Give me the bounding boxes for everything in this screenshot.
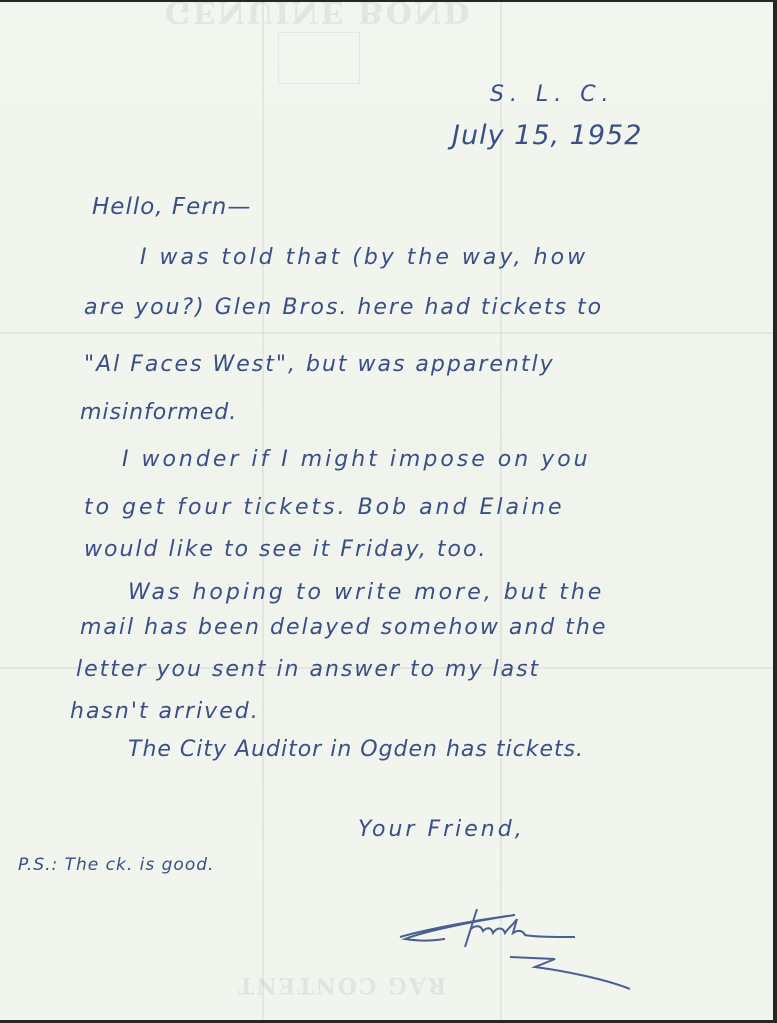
body-line: I wonder if I might impose on you [122,447,591,472]
body-line: to get four tickets. Bob and Elaine [84,495,565,520]
body-line: The City Auditor in Ogden has tickets. [128,737,584,762]
signature [395,907,675,1020]
body-line: I was told that (by the way, how [140,245,588,270]
signature-scribble-icon [395,907,675,1017]
body-line: "Al Faces West", but was apparently [84,352,555,377]
body-line: misinformed. [80,400,237,425]
letter-date: July 15, 1952 [452,120,642,151]
watermark-emblem [278,32,360,84]
letter-page: GENUINE BOND RAG CONTENT S. L. C. July 1… [0,2,773,1020]
body-line: hasn't arrived. [70,699,260,724]
body-line: would like to see it Friday, too. [84,537,487,562]
fold-crease [0,332,773,334]
body-line: letter you sent in answer to my last [76,657,540,682]
body-line: are you?) Glen Bros. here had tickets to [84,295,603,320]
body-line: Was hoping to write more, but the [128,580,604,605]
letter-place: S. L. C. [490,82,615,107]
letter-postscript: P.S.: The ck. is good. [18,855,214,875]
body-line: mail has been delayed somehow and the [80,615,607,640]
watermark-top: GENUINE BOND [165,2,471,29]
letter-closing: Your Friend, [358,817,525,842]
letter-salutation: Hello, Fern— [92,194,251,220]
